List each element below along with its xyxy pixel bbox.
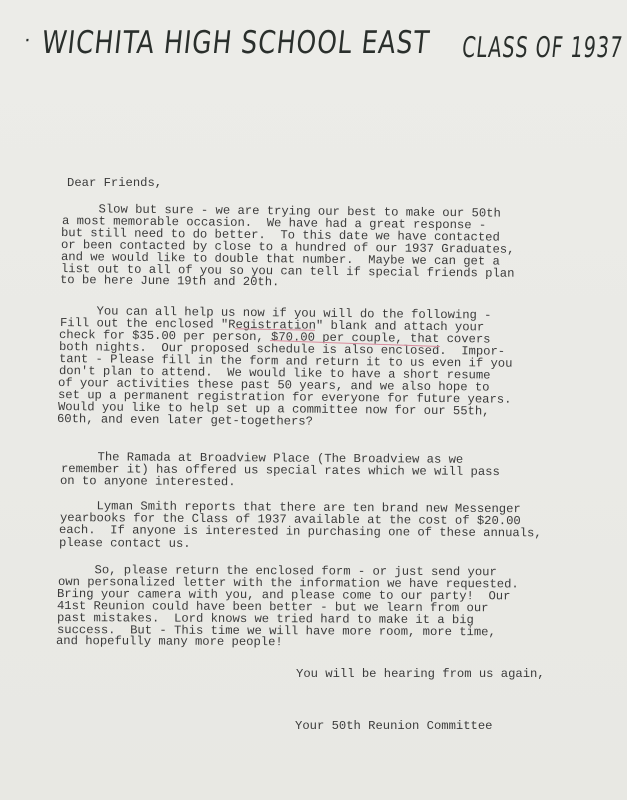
class-year: CLASS OF 1937 — [460, 32, 624, 65]
school-name: WICHITA HIGH SCHOOL EAST — [40, 24, 432, 60]
text-line: please contact us. — [59, 537, 191, 550]
ink-dot: · — [23, 28, 33, 52]
closing-line: You will be hearing from us again, — [296, 668, 545, 680]
text-line: to be here June 19th and 20th. — [60, 274, 280, 288]
signature: Your 50th Reunion Committee — [295, 720, 492, 732]
salutation: Dear Friends, — [67, 177, 162, 189]
text-line: on to anyone interested. — [60, 475, 236, 488]
text-line: 60th, and even later get-togethers? — [57, 413, 313, 428]
letter-page: · WICHITA HIGH SCHOOL EAST CLASS OF 1937… — [0, 0, 627, 800]
handwritten-heading: · WICHITA HIGH SCHOOL EAST CLASS OF 1937 — [40, 28, 627, 57]
text-line: and hopefully many more people! — [56, 635, 283, 648]
